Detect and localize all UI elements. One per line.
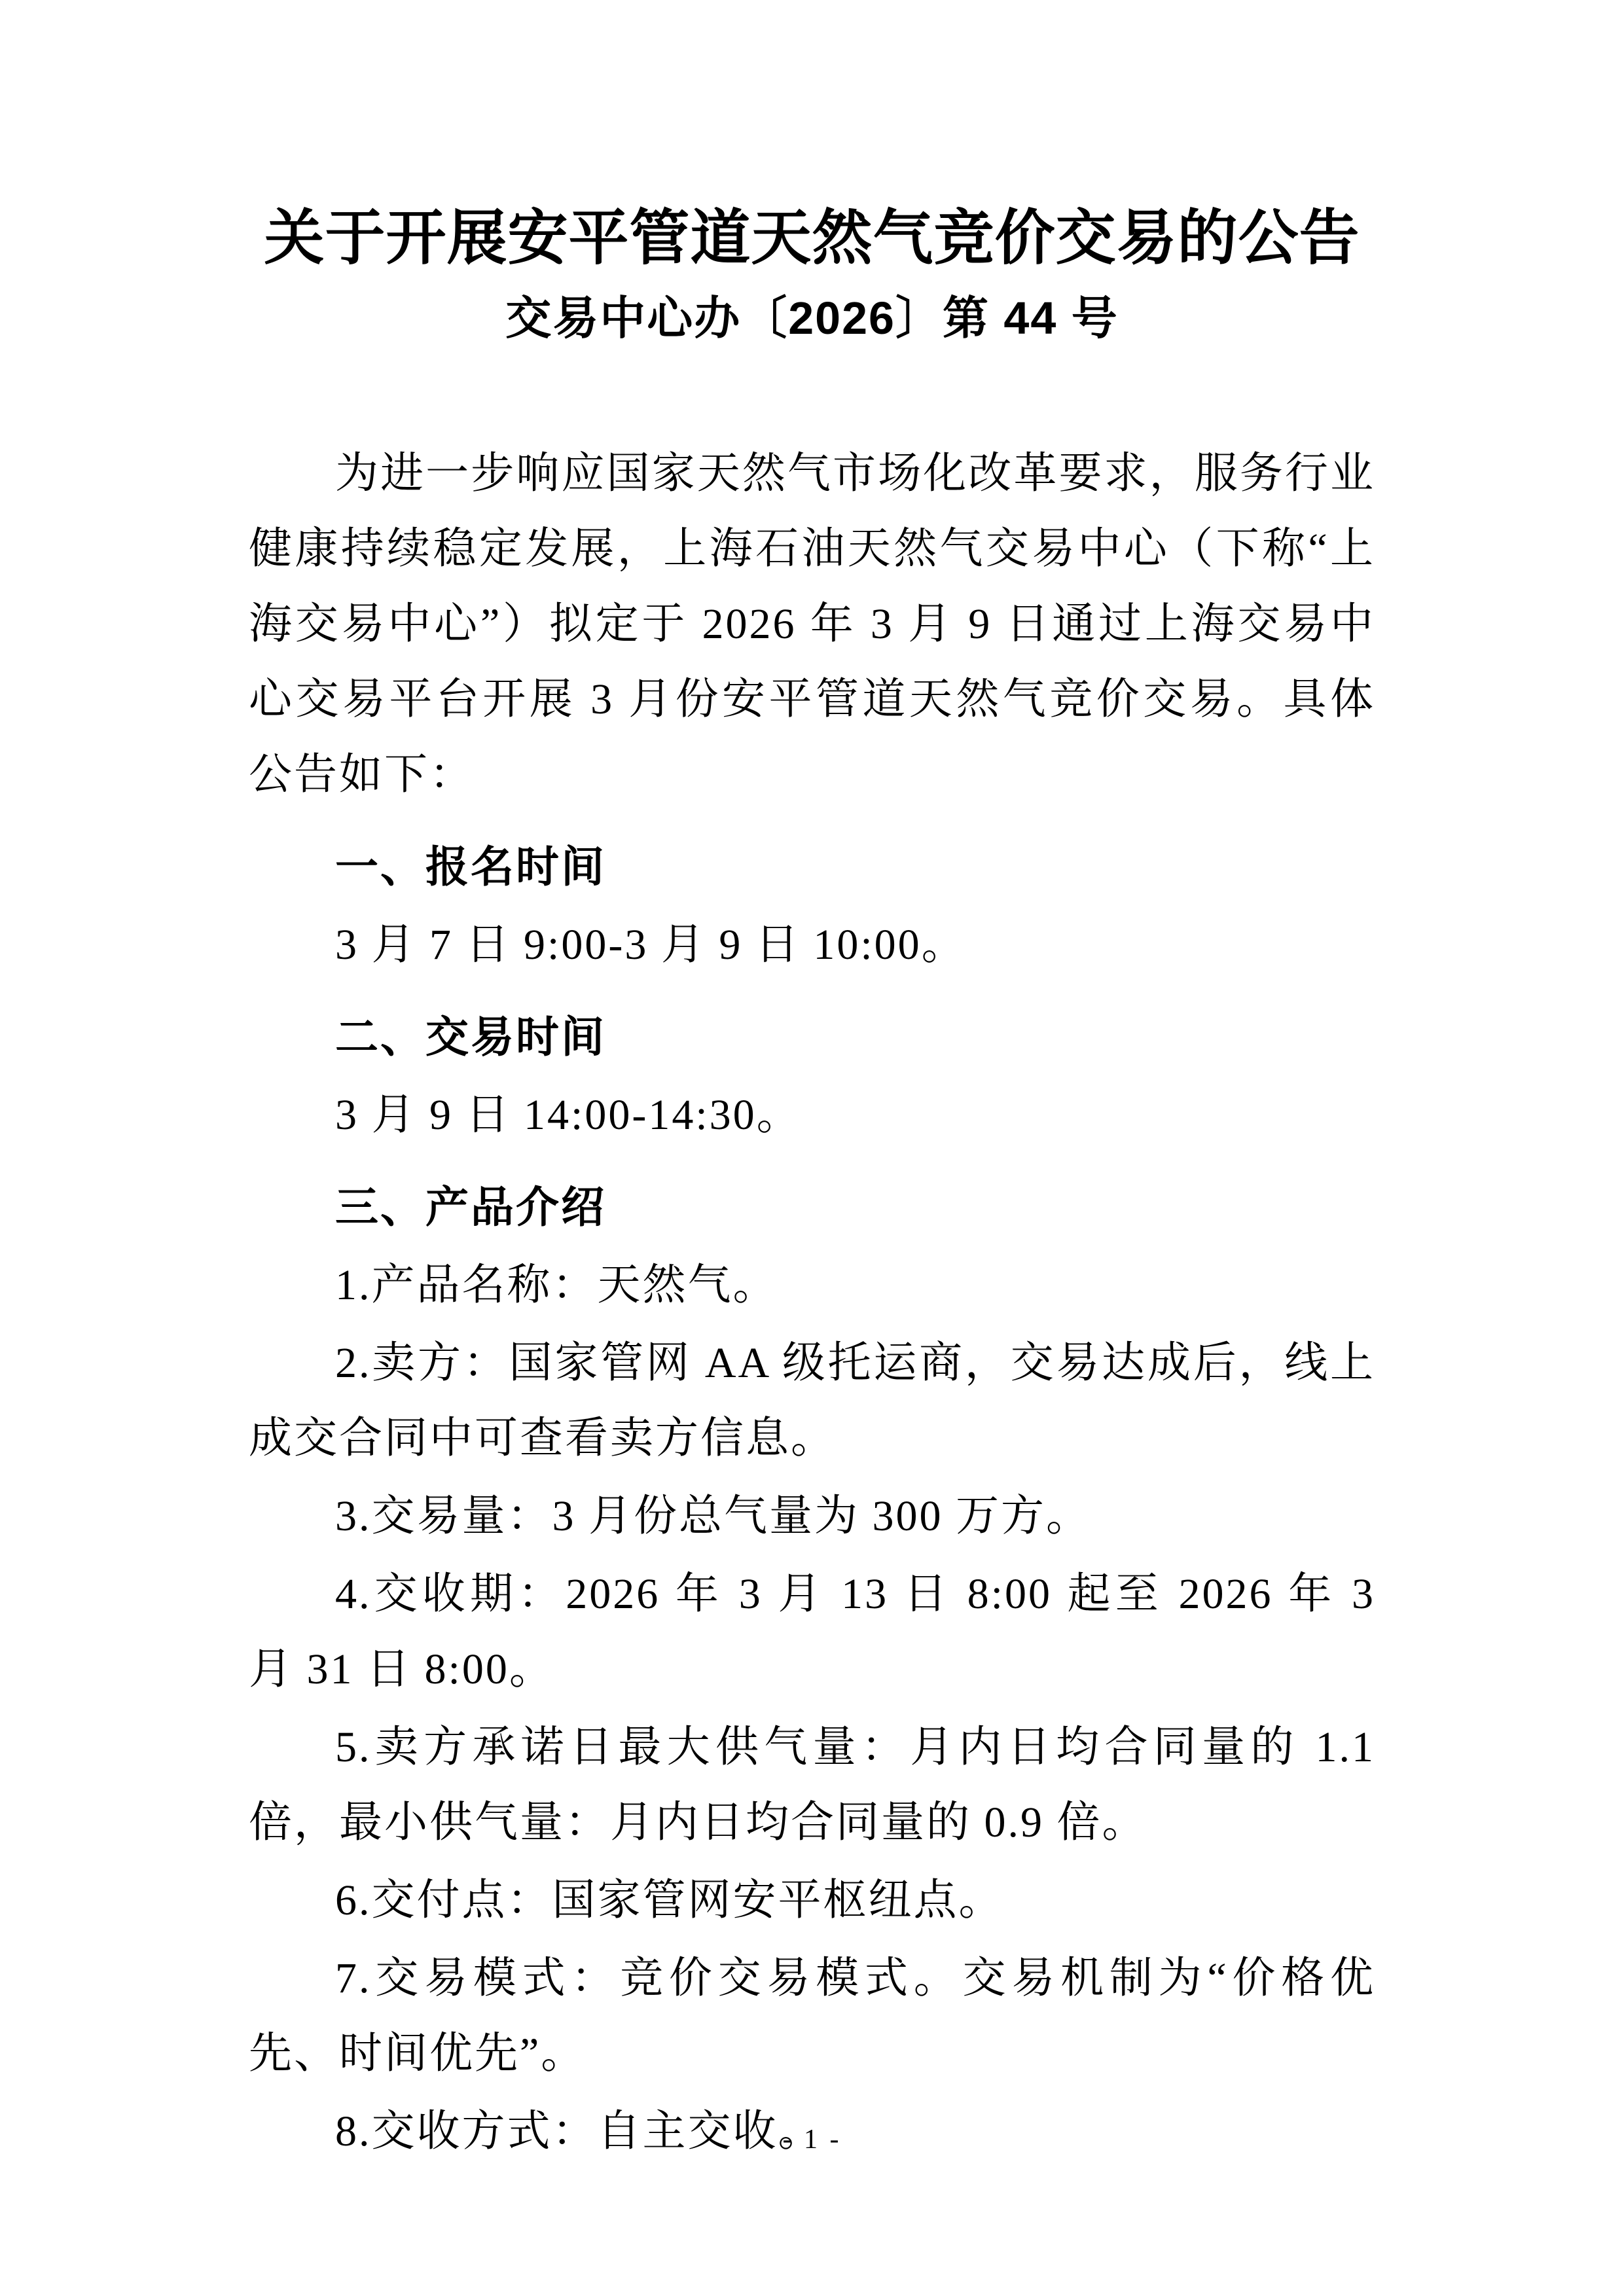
paragraph: 4.交收期：2026 年 3 月 13 日 8:00 起至 2026 年 3 月… [249, 1556, 1375, 1707]
paragraph: 1.产品名称：天然气。 [249, 1247, 1375, 1323]
document-content: 关于开展安平管道天然气竞价交易的公告 交易中心办〔2026〕第 44 号 为进一… [249, 196, 1375, 2169]
paragraph: 3.交易量：3 月份总气量为 300 万方。 [249, 1479, 1375, 1554]
paragraph: 7.交易模式：竞价交易模式。交易机制为“价格优先、时间优先”。 [249, 1941, 1375, 2091]
paragraph: 6.交付点：国家管网安平枢纽点。 [249, 1863, 1375, 1938]
sections: 一、报名时间3 月 7 日 9:00-3 月 9 日 10:00。二、交易时间3… [249, 829, 1375, 2169]
paragraph: 5.卖方承诺日最大供气量：月内日均合同量的 1.1 倍，最小供气量：月内日均合同… [249, 1710, 1375, 1860]
intro-paragraph: 为进一步响应国家天然气市场化改革要求，服务行业健康持续稳定发展，上海石油天然气交… [249, 436, 1375, 812]
document-number: 交易中心办〔2026〕第 44 号 [249, 280, 1375, 356]
document-page: { "page": { "title": "关于开展安平管道天然气竞价交易的公告… [0, 0, 1624, 2296]
page-number: - 1 - [0, 2124, 1624, 2155]
document-title: 关于开展安平管道天然气竞价交易的公告 [249, 196, 1375, 280]
section-heading: 一、报名时间 [249, 829, 1375, 905]
section-heading: 二、交易时间 [249, 999, 1375, 1075]
paragraph: 3 月 9 日 14:00-14:30。 [249, 1077, 1375, 1153]
section-heading: 三、产品介绍 [249, 1170, 1375, 1245]
paragraph: 3 月 7 日 9:00-3 月 9 日 10:00。 [249, 907, 1375, 982]
paragraph: 2.卖方：国家管网 AA 级托运商，交易达成后，线上成交合同中可查看卖方信息。 [249, 1325, 1375, 1476]
